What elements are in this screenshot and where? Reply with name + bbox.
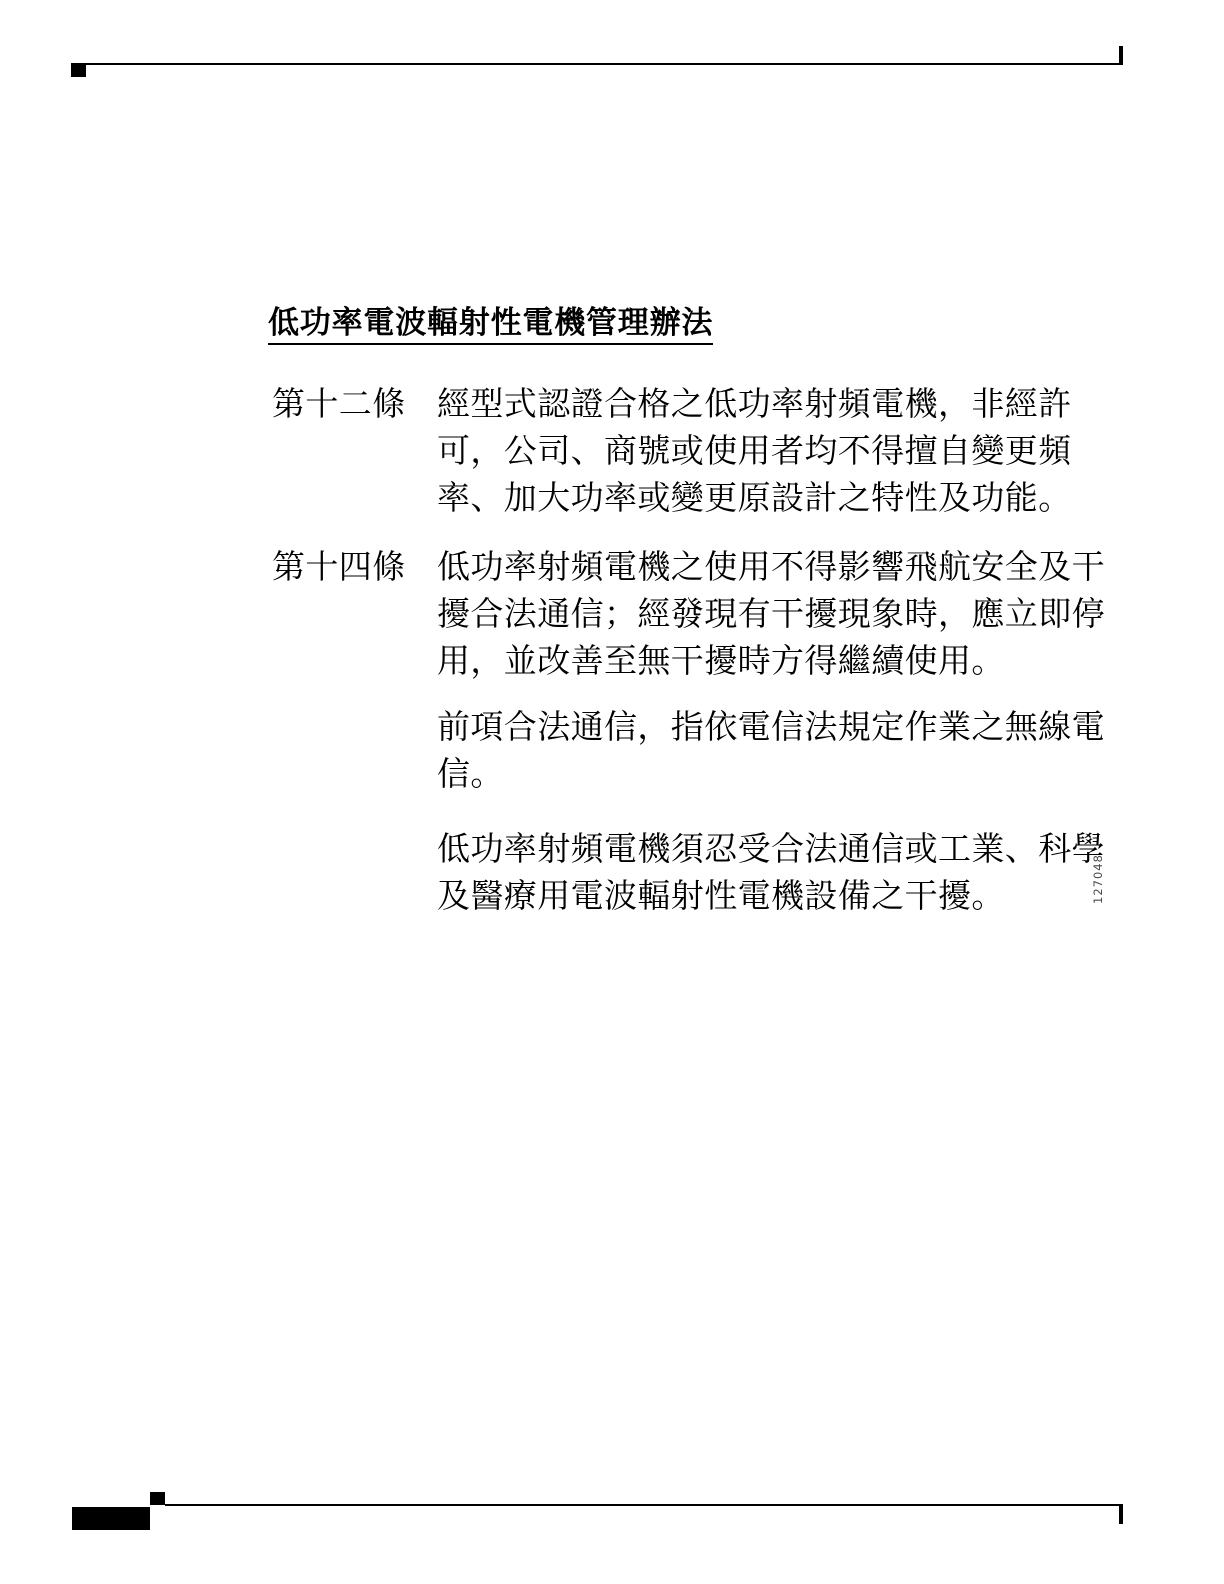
article-12-label: 第十二條 [272,380,437,427]
text-line: 前項合法通信，指依電信法規定作業之無線電 [437,703,1132,750]
document-title: 低功率電波輻射性電機管理辦法 [268,306,713,345]
page-bottom-right-tick [1119,1504,1123,1524]
text-line: 低功率射頻電機須忍受合法通信或工業、科學 [437,825,1132,872]
article-14-label: 第十四條 [272,543,437,590]
page-corner-mark-bottom-left [150,1492,165,1505]
text-line: 擾合法通信；經發現有干擾現象時，應立即停 [437,590,1132,637]
article-14-section: 第十四條 低功率射頻電機之使用不得影響飛航安全及干 擾合法通信；經發現有干擾現象… [272,543,1132,684]
page-bottom-rule [165,1504,1122,1506]
page-top-rule [86,63,1122,65]
text-line: 經型式認證合格之低功率射頻電機，非經許 [437,380,1132,427]
article-12-body: 經型式認證合格之低功率射頻電機，非經許 可，公司、商號或使用者均不得擅自變更頻 … [437,380,1132,521]
article-14-body: 低功率射頻電機之使用不得影響飛航安全及干 擾合法通信；經發現有干擾現象時，應立即… [437,543,1132,684]
document-page: 低功率電波輻射性電機管理辦法 第十二條 經型式認證合格之低功率射頻電機，非經許 … [0,0,1224,1584]
page-corner-mark-top-left [71,63,86,77]
text-line: 低功率射頻電機之使用不得影響飛航安全及干 [437,543,1132,590]
text-line: 及醫療用電波輻射性電機設備之干擾。 [437,872,1132,919]
paragraph-body: 前項合法通信，指依電信法規定作業之無線電 信。 [437,703,1132,797]
figure-number-vertical: 127048 [1091,858,1105,904]
text-line: 用，並改善至無干擾時方得繼續使用。 [437,637,1132,684]
text-line: 率、加大功率或變更原設計之特性及功能。 [437,474,1132,521]
article-14-paragraph-3: 低功率射頻電機須忍受合法通信或工業、科學 及醫療用電波輻射性電機設備之干擾。 [272,825,1132,919]
page-top-right-tick [1119,46,1123,65]
article-12-section: 第十二條 經型式認證合格之低功率射頻電機，非經許 可，公司、商號或使用者均不得擅… [272,380,1132,521]
text-line: 信。 [437,750,1132,797]
document-title-text: 低功率電波輻射性電機管理辦法 [268,306,713,345]
paragraph-body: 低功率射頻電機須忍受合法通信或工業、科學 及醫療用電波輻射性電機設備之干擾。 [437,825,1132,919]
footer-page-number-block [72,1507,150,1530]
text-line: 可，公司、商號或使用者均不得擅自變更頻 [437,427,1132,474]
article-14-paragraph-2: 前項合法通信，指依電信法規定作業之無線電 信。 [272,703,1132,797]
